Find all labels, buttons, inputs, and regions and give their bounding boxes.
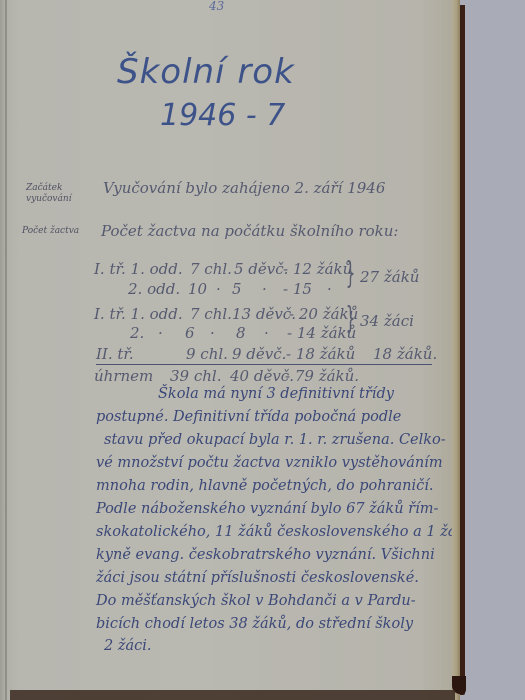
table-row-boys: 10 (188, 280, 207, 298)
ditto-mark: · (327, 280, 332, 298)
grand-total-label: úhrnem (94, 367, 153, 385)
paragraph-line: skokatolického, 11 žáků československého… (96, 524, 461, 540)
table-row-girls: 5 (232, 280, 242, 298)
page-title: Školní rok (117, 52, 295, 92)
bottom-binding (10, 690, 455, 700)
ditto-mark: · (264, 324, 269, 342)
table-row-girls: 8 (236, 324, 246, 342)
paragraph-line: mnoha rodin, hlavně početných, do pohran… (96, 478, 434, 494)
table-row-label: I. tř. 1. odd. (94, 260, 183, 278)
brace: } (346, 301, 356, 336)
margin-note-start-line2: vyučování (26, 194, 72, 205)
ditto-mark: · (216, 280, 221, 298)
paragraph-line: postupné. Definitivní třída pobočná podl… (96, 409, 401, 425)
group-total: 34 žáci (360, 312, 414, 330)
margin-note-start: Začátek vyučování (26, 183, 72, 205)
ditto-mark: · (158, 324, 163, 342)
margin-note-pupils: Počet žactva (22, 226, 79, 237)
page-number: 43 (209, 0, 224, 13)
group-total: 18 žáků. (373, 345, 437, 363)
start-date-entry: Vyučování bylo zahájeno 2. září 1946 (103, 179, 385, 197)
ditto-mark: · (262, 280, 267, 298)
grand-total-sum: - 79 žáků. (285, 367, 359, 385)
paragraph-line: vé množství počtu žactva vzniklo vystěho… (96, 455, 443, 471)
paragraph-line: bicích chodí letos 38 žáků, do střední š… (96, 616, 413, 632)
paragraph-line: 2 žáci. (104, 638, 152, 654)
brace: } (346, 256, 356, 291)
paragraph-line: kyně evang. českobratrského vyznání. Vši… (96, 547, 435, 563)
table-row-total: - 12 žáků (283, 260, 352, 278)
paragraph-line: Do měšťanských škol v Bohdanči a v Pardu… (96, 593, 416, 609)
table-row-girls: 13 děvč. (232, 305, 296, 323)
paragraph-line: žáci jsou státní příslušnosti českoslove… (96, 570, 419, 586)
page-edges (452, 0, 460, 700)
table-row-girls: 9 děvč. (232, 345, 286, 363)
paragraph-line: Škola má nyní 3 definitivní třídy (158, 386, 394, 402)
table-row-total: - 15 (283, 280, 312, 298)
page-gutter (5, 0, 7, 700)
margin-note-start-line1: Začátek (26, 183, 72, 194)
table-row-boys: 6 (185, 324, 195, 342)
pupil-count-heading: Počet žactva na počátku školního roku: (101, 222, 398, 240)
school-year: 1946 - 7 (160, 98, 285, 133)
ditto-mark: · (210, 324, 215, 342)
total-underline (96, 364, 432, 365)
paragraph-line: Podle náboženského vyznání bylo 67 žáků … (96, 501, 438, 517)
notebook-page: 43 Školní rok 1946 - 7 Začátek vyučování… (0, 0, 458, 700)
table-row-boys: 7 chl. (190, 305, 232, 323)
book-cover-edge (460, 5, 465, 695)
group-total: 27 žáků (360, 268, 419, 286)
table-row-label: 2. odd. (128, 280, 180, 298)
paragraph-line: stavu před okupací byla r. 1. r. zrušena… (104, 432, 446, 448)
table-row-label: 2. (130, 324, 144, 342)
table-row-label: I. tř. 1. odd. (94, 305, 183, 323)
grand-total-boys: 39 chl. (170, 367, 221, 385)
table-row-girls: 5 děvč. (234, 260, 288, 278)
table-row-boys: 7 chl. (190, 260, 232, 278)
table-row-label: II. tř. (96, 345, 134, 363)
table-row-boys: 9 chl. (186, 345, 228, 363)
table-row-total: - 18 žáků (286, 345, 355, 363)
